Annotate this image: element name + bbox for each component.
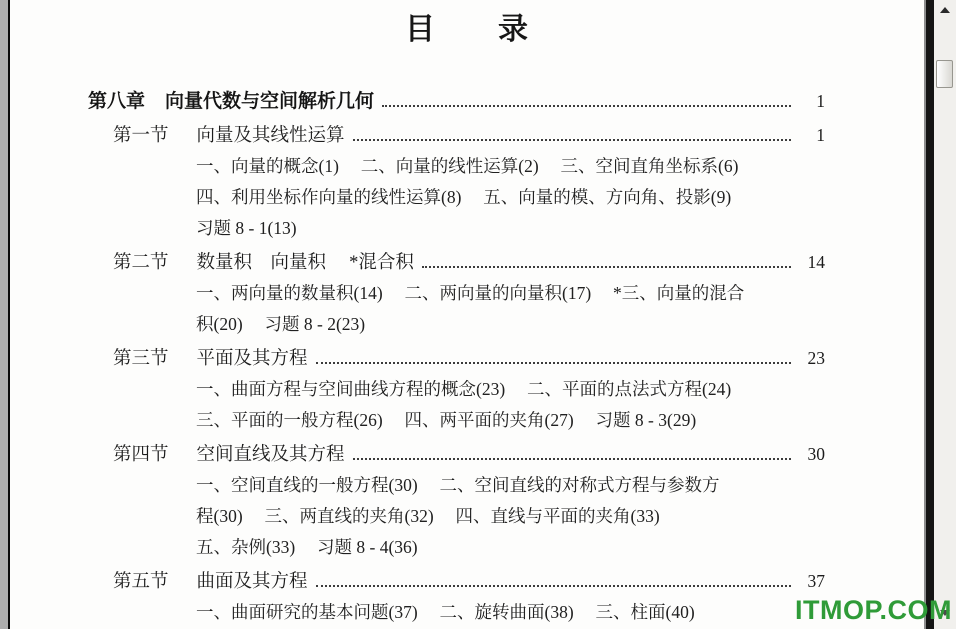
section-label: 第三节 bbox=[113, 344, 169, 375]
section-label: 第五节 bbox=[113, 567, 169, 598]
scroll-up-icon bbox=[940, 7, 950, 13]
chapter-title: 向量代数与空间解析几何 bbox=[165, 86, 374, 117]
toc-section-row: 第一节 向量及其线性运算 1 bbox=[88, 120, 825, 151]
section-page-number: 30 bbox=[797, 439, 825, 470]
toc-subline: 五、杂例(33) 习题 8 - 4(36) bbox=[88, 532, 825, 563]
toc-subline: 一、向量的概念(1) 二、向量的线性运算(2) 三、空间直角坐标系(6) bbox=[88, 151, 825, 182]
toc-subline: 积(20) 习题 8 - 2(23) bbox=[88, 309, 825, 340]
section-page-number: 37 bbox=[797, 566, 825, 597]
toc-subline: 一、两向量的数量积(14) 二、两向量的向量积(17) *三、向量的混合 bbox=[88, 278, 825, 309]
toc-subline: 三、平面的一般方程(26) 四、两平面的夹角(27) 习题 8 - 3(29) bbox=[88, 405, 825, 436]
toc-subline: 一、曲面研究的基本问题(37) 二、旋转曲面(38) 三、柱面(40) bbox=[88, 597, 825, 628]
table-of-contents: 第八章 向量代数与空间解析几何 1 第一节 向量及其线性运算 1 一、向量的概念… bbox=[88, 86, 825, 628]
viewer-left-edge bbox=[0, 0, 8, 629]
section-page-number: 23 bbox=[797, 343, 825, 374]
scroll-up-button[interactable] bbox=[934, 3, 956, 17]
scrollbar-thumb[interactable] bbox=[936, 60, 953, 88]
toc-section-row: 第三节 平面及其方程 23 bbox=[88, 343, 825, 374]
toc-section-row: 第二节 数量积 向量积 *混合积 14 bbox=[88, 247, 825, 278]
section-title: 空间直线及其方程 bbox=[197, 440, 345, 471]
dot-leader bbox=[382, 86, 791, 117]
toc-subline: 一、空间直线的一般方程(30) 二、空间直线的对称式方程与参数方 bbox=[88, 470, 825, 501]
page-title: 目 录 bbox=[10, 4, 924, 48]
toc-subline: 习题 8 - 1(13) bbox=[88, 213, 825, 244]
dot-leader bbox=[316, 566, 791, 597]
section-page-number: 1 bbox=[797, 120, 825, 151]
watermark: ITMOP.COM bbox=[795, 595, 952, 626]
section-title: 向量及其线性运算 bbox=[197, 121, 345, 152]
chapter-label: 第八章 bbox=[88, 86, 145, 117]
section-label: 第二节 bbox=[113, 248, 169, 279]
toc-subline: 程(30) 三、两直线的夹角(32) 四、直线与平面的夹角(33) bbox=[88, 501, 825, 532]
section-label: 第一节 bbox=[113, 121, 169, 152]
chapter-page-number: 1 bbox=[797, 86, 825, 117]
dot-leader bbox=[353, 439, 791, 470]
section-page-number: 14 bbox=[797, 247, 825, 278]
toc-chapter-row: 第八章 向量代数与空间解析几何 1 bbox=[88, 86, 825, 117]
toc-page: 目 录 第八章 向量代数与空间解析几何 1 第一节 向量及其线性运算 1 一、向… bbox=[10, 0, 924, 629]
dot-leader bbox=[353, 120, 791, 151]
toc-subline: 四、利用坐标作向量的线性运算(8) 五、向量的模、方向角、投影(9) bbox=[88, 182, 825, 213]
section-title: 数量积 向量积 *混合积 bbox=[197, 248, 414, 279]
dot-leader bbox=[316, 343, 791, 374]
toc-section-row: 第五节 曲面及其方程 37 bbox=[88, 566, 825, 597]
section-title: 曲面及其方程 bbox=[197, 567, 308, 598]
section-label: 第四节 bbox=[113, 440, 169, 471]
toc-section-row: 第四节 空间直线及其方程 30 bbox=[88, 439, 825, 470]
toc-subline: 一、曲面方程与空间曲线方程的概念(23) 二、平面的点法式方程(24) bbox=[88, 374, 825, 405]
viewer-right-edge bbox=[924, 0, 934, 629]
dot-leader bbox=[422, 247, 791, 278]
vertical-scrollbar[interactable] bbox=[934, 0, 956, 629]
section-title: 平面及其方程 bbox=[197, 344, 308, 375]
